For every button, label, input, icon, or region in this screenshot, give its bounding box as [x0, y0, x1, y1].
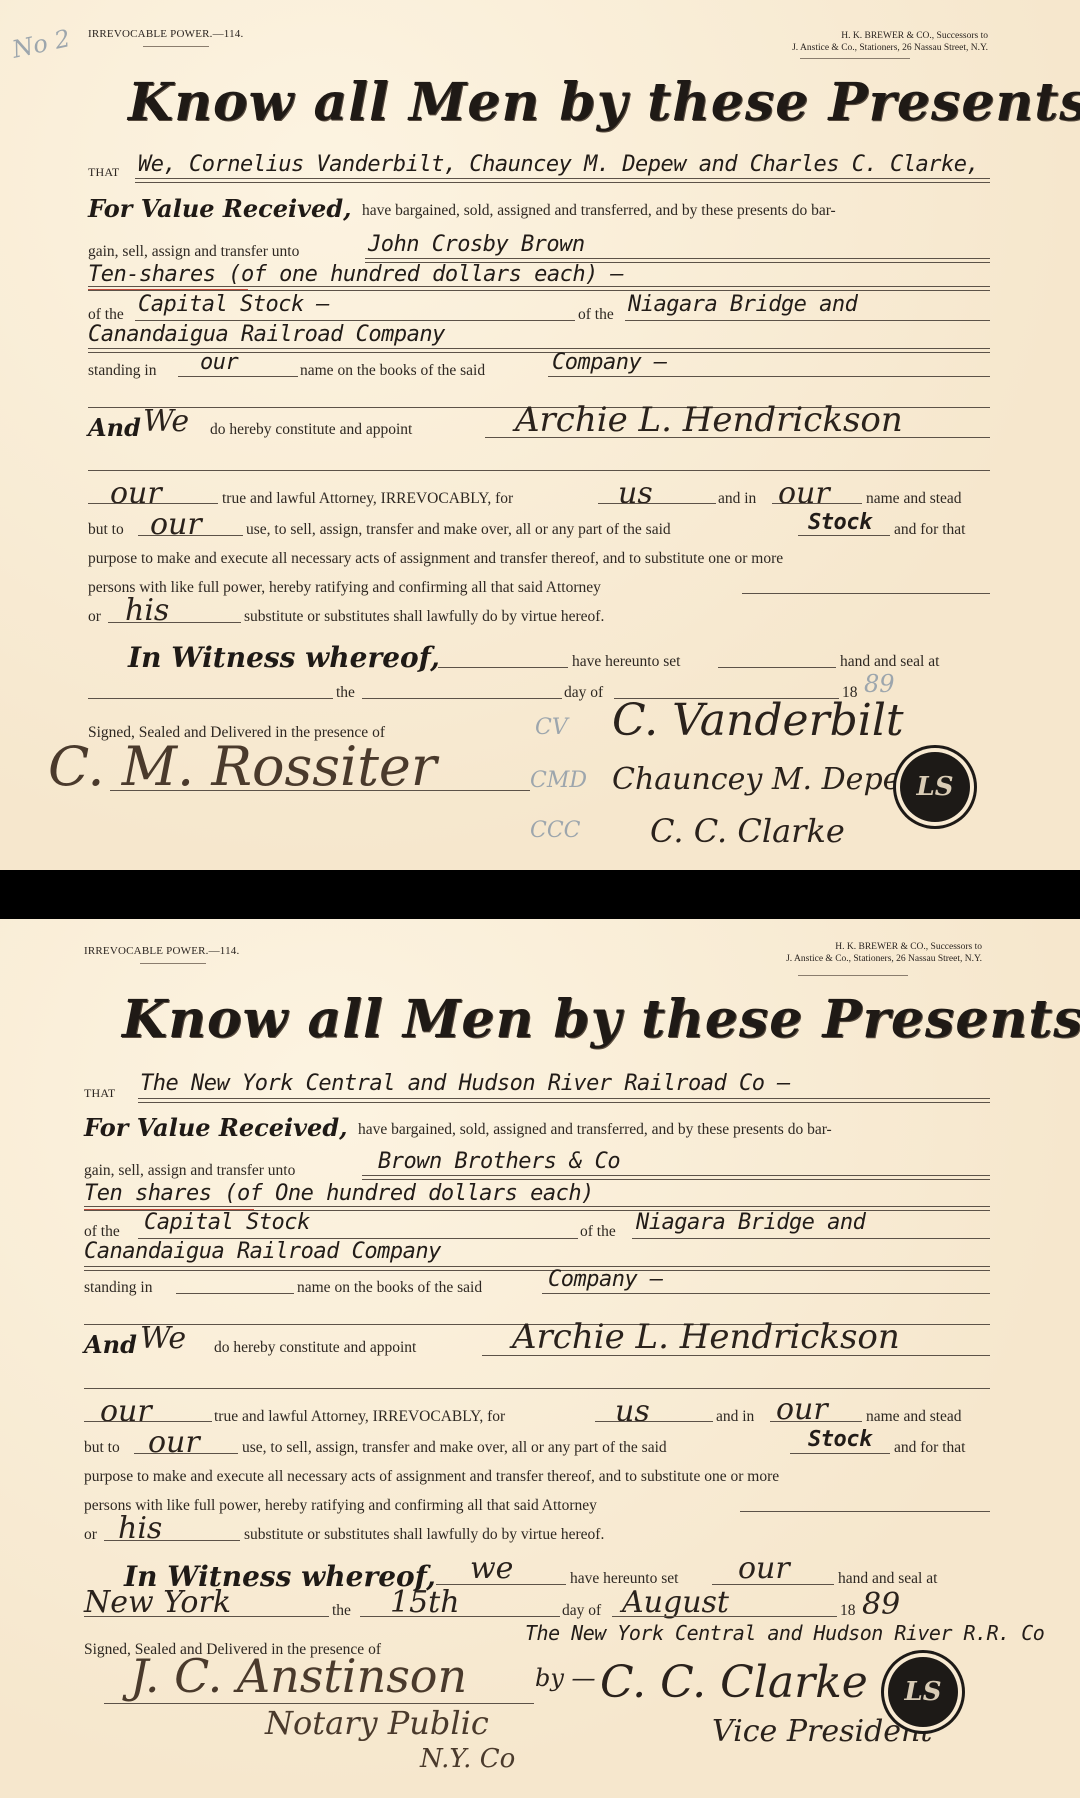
fill-line: [362, 698, 562, 699]
document-1-irrevocable-power: No 2 IRREVOCABLE POWER.—114. H. K. BREWE…: [0, 0, 1080, 870]
fill-line: [485, 437, 990, 438]
fill-line: [598, 503, 716, 504]
initials-3: CCC: [530, 818, 581, 843]
fill-line: [625, 320, 990, 321]
by-label: by —: [535, 1664, 596, 1692]
gain-text: gain, sell, assign and transfer unto: [84, 1162, 295, 1180]
fill-line: [84, 1421, 212, 1422]
but-to-our-handwritten: our: [148, 1425, 200, 1460]
attorney-name: Archie L. Hendrickson: [515, 400, 903, 440]
said-stock-handwritten: Stock: [808, 510, 872, 535]
substitute-text: substitute or substitutes shall lawfully…: [244, 608, 604, 626]
fill-line: [772, 503, 862, 504]
document-title: Know all Men by these Presents,: [122, 989, 1080, 1050]
year-suffix: 89: [862, 1587, 900, 1622]
or-text: or: [88, 608, 101, 626]
fill-line: [88, 470, 990, 471]
we-handwritten: We: [143, 404, 189, 439]
name-on-books-label: name on the books of the said: [297, 1279, 482, 1297]
signature-vanderbilt: C. Vanderbilt: [612, 695, 904, 746]
printer-imprint: H. K. BREWER & CO., Successors to J. Ans…: [786, 941, 982, 965]
set-our-handwritten: our: [738, 1551, 790, 1586]
fill-line: [482, 1355, 990, 1356]
fill-line: [134, 1453, 238, 1454]
fill-line: [790, 1453, 890, 1454]
form-label: IRREVOCABLE POWER.—114.: [84, 945, 239, 957]
use-text: use, to sell, assign, transfer and make …: [242, 1439, 667, 1457]
standing-in-label: standing in: [88, 362, 156, 380]
fill-line: [632, 1238, 990, 1239]
initials-1: CV: [535, 715, 568, 740]
stock-type: Capital Stock: [144, 1210, 310, 1235]
fill-line: [798, 535, 890, 536]
company-name-line2: Canandaigua Railroad Company: [88, 322, 445, 347]
fill-line: [595, 1421, 713, 1422]
fill-line: [138, 535, 243, 536]
bargain-text: have bargained, sold, assigned and trans…: [358, 1121, 832, 1139]
year-suffix: 89: [864, 670, 895, 698]
fill-line: [712, 1584, 834, 1585]
divider: [140, 963, 206, 964]
fill-line: [135, 320, 575, 321]
purpose-text: purpose to make and execute all necessar…: [88, 550, 783, 568]
fill-line: [84, 1266, 990, 1271]
printer-imprint: H. K. BREWER & CO., Successors to J. Ans…: [792, 30, 988, 54]
day-of-text: day of: [562, 1602, 601, 1620]
in-witness-whereof: In Witness whereof,: [128, 641, 440, 674]
corner-note: No 2: [10, 24, 73, 64]
that-label: THAT: [84, 1086, 115, 1101]
document-title: Know all Men by these Presents,: [128, 72, 1080, 133]
signature-clarke: C. C. Clarke: [650, 812, 845, 850]
fill-line: [108, 622, 241, 623]
fill-line: [138, 1098, 990, 1103]
witness-we-handwritten: we: [470, 1551, 513, 1586]
year-prefix: 18: [840, 1602, 856, 1620]
fill-line: [110, 790, 530, 791]
signature-depew: Chauncey M. Depew: [612, 762, 926, 797]
notary-title: Notary Public: [265, 1704, 489, 1742]
but-to-text: but to: [84, 1439, 120, 1457]
fill-line: [135, 178, 990, 183]
fill-line: [362, 1175, 990, 1180]
books-value: Company —: [548, 1267, 663, 1292]
standing-in-value: our: [200, 350, 238, 375]
use-text: use, to sell, assign, transfer and make …: [246, 521, 671, 539]
officer-title: Vice President: [712, 1714, 932, 1749]
month-handwritten: August: [622, 1585, 729, 1620]
constitute-text: do hereby constitute and appoint: [214, 1339, 416, 1357]
hand-seal-text: hand and seal at: [838, 1570, 937, 1588]
have-hereunto-text: have hereunto set: [572, 653, 680, 671]
document-2-irrevocable-power: IRREVOCABLE POWER.—114. H. K. BREWER & C…: [0, 919, 1080, 1798]
fill-line: [178, 376, 298, 377]
hand-seal-text: hand and seal at: [840, 653, 939, 671]
and-for-that-text: and for that: [894, 521, 965, 539]
transferee-name: Brown Brothers & Co: [378, 1149, 620, 1174]
substitute-text: substitute or substitutes shall lawfully…: [244, 1526, 604, 1544]
fill-line: [742, 593, 990, 594]
initials-2: CMD: [530, 768, 587, 793]
fill-line: [88, 286, 990, 291]
officer-signature: C. C. Clarke: [600, 1657, 868, 1708]
our-handwritten-1: our: [110, 476, 162, 511]
fill-line: [718, 667, 836, 668]
form-label: IRREVOCABLE POWER.—114.: [88, 28, 243, 40]
fill-line: [88, 698, 333, 699]
fill-line: [542, 1293, 990, 1294]
standing-in-label: standing in: [84, 1279, 152, 1297]
purpose-text: purpose to make and execute all necessar…: [84, 1468, 779, 1486]
said-stock-handwritten: Stock: [808, 1427, 872, 1452]
and-label: And: [84, 1330, 137, 1359]
attorney-name: Archie L. Hendrickson: [512, 1317, 900, 1357]
fill-line: [770, 1421, 862, 1422]
divider: [143, 46, 209, 47]
name-stead-text: name and stead: [866, 1408, 962, 1426]
fill-line: [360, 1616, 560, 1617]
corporate-seal: LS: [900, 752, 970, 822]
transferor-name: The New York Central and Hudson River Ra…: [140, 1071, 790, 1096]
and-for-that-text: and for that: [894, 1439, 965, 1457]
the-text: the: [332, 1602, 351, 1620]
true-lawful-text: true and lawful Attorney, IRREVOCABLY, f…: [214, 1408, 505, 1426]
witness-signature: C. M. Rossiter: [48, 735, 437, 798]
for-us-handwritten: us: [618, 476, 653, 511]
fill-line: [84, 1388, 990, 1389]
for-value-received: For Value Received,: [84, 1113, 347, 1142]
fill-line: [176, 1293, 294, 1294]
company-name-line1: Niagara Bridge and: [636, 1210, 865, 1235]
shares-description: Ten-shares (of one hundred dollars each)…: [88, 262, 623, 287]
or-text: or: [84, 1526, 97, 1544]
name-on-books-label: name on the books of the said: [300, 362, 485, 380]
fill-line: [88, 503, 218, 504]
divider: [798, 975, 908, 976]
fill-line: [104, 1540, 240, 1541]
fill-line: [612, 1616, 837, 1617]
witness-signature: J. C. Anstinson: [130, 1649, 467, 1703]
bargain-text: have bargained, sold, assigned and trans…: [362, 202, 836, 220]
company-name-line2: Canandaigua Railroad Company: [84, 1239, 441, 1264]
shares-description: Ten shares (of One hundred dollars each): [84, 1181, 594, 1206]
our-handwritten-1: our: [100, 1394, 152, 1429]
and-in-text: and in: [718, 490, 756, 508]
the-text: the: [336, 684, 355, 702]
gain-text: gain, sell, assign and transfer unto: [88, 243, 299, 261]
transferee-name: John Crosby Brown: [368, 232, 585, 257]
corporate-seal: LS: [888, 1657, 958, 1727]
stock-type: Capital Stock —: [138, 292, 329, 317]
but-to-text: but to: [88, 521, 124, 539]
for-value-received: For Value Received,: [88, 194, 351, 223]
of-the-label-2: of the: [580, 1223, 616, 1241]
and-in-text: and in: [716, 1408, 754, 1426]
divider: [800, 58, 910, 59]
we-handwritten: We: [140, 1321, 186, 1356]
company-signature: The New York Central and Hudson River R.…: [525, 1621, 1044, 1645]
fill-line: [438, 667, 568, 668]
true-lawful-text: true and lawful Attorney, IRREVOCABLY, f…: [222, 490, 513, 508]
fill-line: [548, 376, 990, 377]
day-handwritten: 15th: [390, 1585, 460, 1620]
but-to-our-handwritten: our: [150, 507, 202, 542]
day-of-text: day of: [564, 684, 603, 702]
fill-line: [740, 1511, 990, 1512]
place-handwritten: New York: [84, 1585, 231, 1620]
constitute-text: do hereby constitute and appoint: [210, 421, 412, 439]
in-our-handwritten: our: [778, 476, 830, 511]
transferor-name: We, Cornelius Vanderbilt, Chauncey M. De…: [138, 152, 979, 177]
and-label: And: [88, 413, 141, 442]
fill-line: [84, 1616, 329, 1617]
company-name-line1: Niagara Bridge and: [628, 292, 857, 317]
that-label: THAT: [88, 165, 119, 180]
books-value: Company —: [552, 350, 667, 375]
of-the-label-2: of the: [578, 306, 614, 324]
name-stead-text: name and stead: [866, 490, 962, 508]
notary-county: N.Y. Co: [420, 1744, 515, 1774]
for-us-handwritten: us: [615, 1394, 650, 1429]
